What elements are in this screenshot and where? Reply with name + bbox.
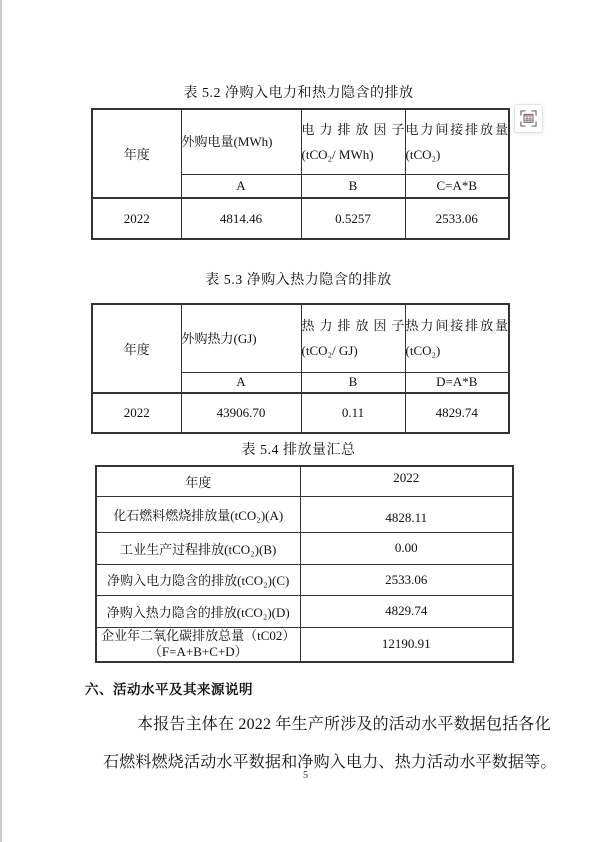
paragraph-line: 石燃料燃烧活动水平数据和净购入电力、热力活动水平数据等。 — [103, 749, 557, 772]
col-header-line: 电力排放因子 — [302, 117, 405, 142]
year-header-cell: 年度 — [92, 304, 181, 393]
col-header-cell: 热力排放因子 (tCO₂/ GJ) — [301, 304, 405, 372]
table-5-4-title: 表 5.4 排放量汇总 — [0, 442, 597, 459]
col-header-line: 外购热力(GJ) — [182, 326, 301, 351]
section-heading: 六、活动水平及其来源说明 — [85, 678, 253, 698]
sub-header-cell: B — [301, 372, 405, 393]
summary-row: 工业生产过程排放(tCO₂)(B) 0.00 — [96, 532, 513, 564]
table-select-button[interactable] — [514, 104, 543, 133]
col-header-cell: 热力间接排放量 (tCO₂) — [405, 304, 509, 372]
year-cell: 2022 — [92, 393, 181, 433]
col-header-line: 外购电量(MWh) — [182, 129, 301, 154]
page-left-edge — [0, 0, 2, 842]
value-cell: 0.5257 — [301, 198, 405, 239]
col-header-unit: (tCO₂/ MWh) — [302, 142, 405, 167]
col-header-cell: 外购电量(MWh) — [181, 109, 301, 174]
col-header-line: 热力间接排放量 — [406, 313, 509, 338]
summary-label-cell: 年度 — [96, 466, 300, 496]
summary-value-cell: 2533.06 — [300, 564, 513, 595]
paragraph-line: 本报告主体在 2022 年生产所涉及的活动水平数据包括各化 — [137, 711, 551, 734]
sub-header-cell: A — [181, 174, 301, 198]
sub-header-cell: B — [301, 174, 405, 198]
table-5-4: 年度 2022 化石燃料燃烧排放量(tCO₂)(A) 4828.11 工业生产过… — [95, 465, 514, 663]
year-cell: 2022 — [92, 198, 181, 239]
sub-header-cell: D=A*B — [405, 372, 509, 393]
col-header-cell: 外购热力(GJ) — [181, 304, 301, 372]
summary-label-cell: 净购入热力隐含的排放(tCO₂)(D) — [96, 595, 300, 627]
summary-formula-line: （F=A+B+C+D） — [97, 644, 300, 660]
col-header-line: 热力排放因子 — [302, 313, 405, 338]
table-row: 2022 43906.70 0.11 4829.74 — [92, 393, 509, 433]
value-cell: 43906.70 — [181, 393, 301, 433]
summary-label-cell: 化石燃料燃烧排放量(tCO₂)(A) — [96, 496, 300, 532]
col-header-unit: (tCO₂) — [406, 338, 509, 363]
summary-label-cell: 工业生产过程排放(tCO₂)(B) — [96, 532, 300, 564]
value-cell: 0.11 — [301, 393, 405, 433]
year-header-cell: 年度 — [92, 109, 181, 198]
summary-row: 化石燃料燃烧排放量(tCO₂)(A) 4828.11 — [96, 496, 513, 532]
summary-value-cell: 0.00 — [300, 532, 513, 564]
col-header-line: 电力间接排放量 — [406, 117, 509, 142]
summary-label-cell: 企业年二氧化碳排放总量（tC02） （F=A+B+C+D） — [96, 627, 300, 662]
summary-row: 年度 2022 — [96, 466, 513, 496]
table-5-2-title: 表 5.2 净购入电力和热力隐含的排放 — [0, 85, 597, 102]
summary-row: 净购入热力隐含的排放(tCO₂)(D) 4829.74 — [96, 595, 513, 627]
summary-label-line: 企业年二氧化碳排放总量（tC02） — [97, 628, 300, 644]
table-row: 2022 4814.46 0.5257 2533.06 — [92, 198, 509, 239]
value-cell: 2533.06 — [405, 198, 509, 239]
col-header-cell: 电力排放因子 (tCO₂/ MWh) — [301, 109, 405, 174]
summary-label-cell: 净购入电力隐含的排放(tCO₂)(C) — [96, 564, 300, 595]
col-header-unit: (tCO₂/ GJ) — [302, 338, 405, 363]
table-5-2: 年度 外购电量(MWh) 电力排放因子 (tCO₂/ MWh) 电力间接排放量 … — [91, 108, 510, 240]
table-5-3: 年度 外购热力(GJ) 热力排放因子 (tCO₂/ GJ) 热力间接排放量 (t… — [91, 303, 510, 434]
value-cell: 4829.74 — [405, 393, 509, 433]
col-header-unit: (tCO₂) — [406, 142, 509, 167]
sub-header-cell: C=A*B — [405, 174, 509, 198]
col-header-cell: 电力间接排放量 (tCO₂) — [405, 109, 509, 174]
summary-value-cell: 2022 — [300, 466, 513, 496]
table-5-3-title: 表 5.3 净购入热力隐含的排放 — [0, 272, 597, 289]
summary-row: 企业年二氧化碳排放总量（tC02） （F=A+B+C+D） 12190.91 — [96, 627, 513, 662]
value-cell: 4814.46 — [181, 198, 301, 239]
document-page: 表 5.2 净购入电力和热力隐含的排放 年度 外购电量(MWh) 电力排放因子 … — [0, 0, 597, 842]
table-select-icon — [520, 110, 537, 127]
summary-value-cell: 12190.91 — [300, 627, 513, 662]
sub-header-cell: A — [181, 372, 301, 393]
summary-value-cell: 4828.11 — [300, 496, 513, 532]
page-number: 5 — [303, 770, 308, 781]
summary-row: 净购入电力隐含的排放(tCO₂)(C) 2533.06 — [96, 564, 513, 595]
summary-value-cell: 4829.74 — [300, 595, 513, 627]
